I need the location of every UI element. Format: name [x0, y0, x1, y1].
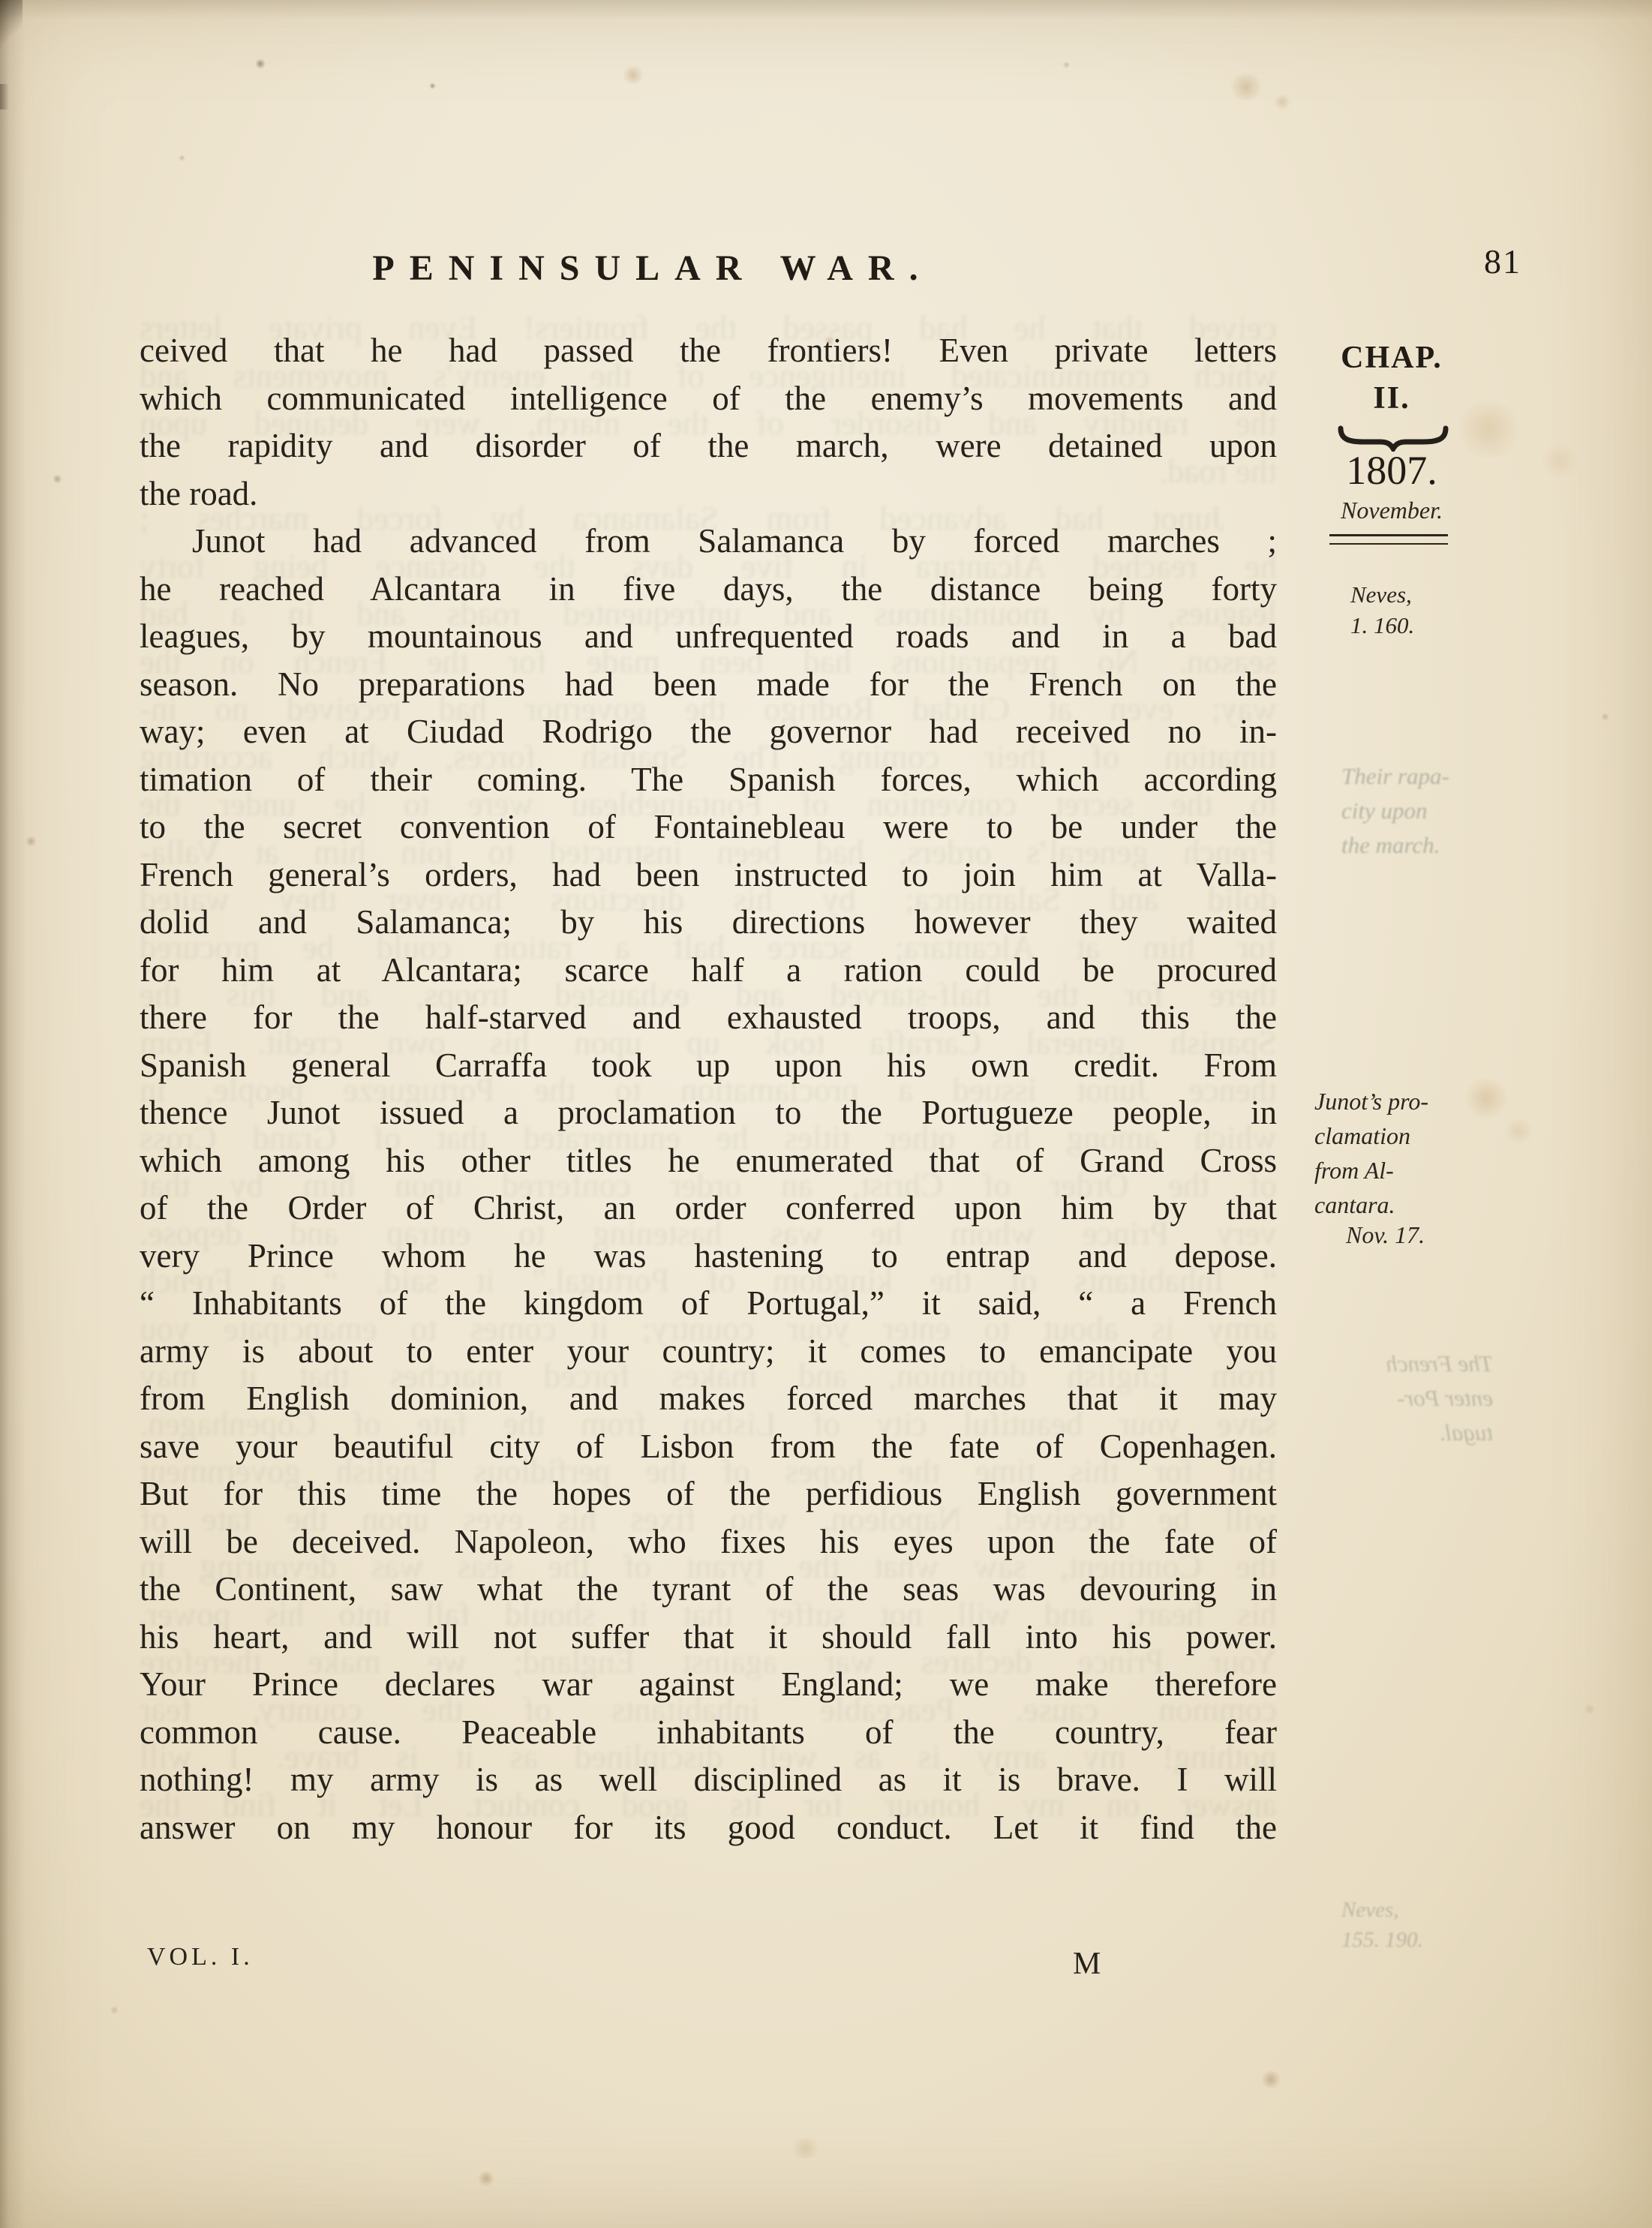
text-line: which among his other titles he enumerat…	[140, 1137, 1277, 1185]
fox-stain	[26, 836, 37, 847]
margin-citation-neves: Neves, 1. 160.	[1350, 579, 1478, 641]
volume-label: VOL. I.	[147, 1943, 254, 1971]
page-number: 81	[1484, 242, 1521, 281]
text-line: which communicated intelligence of the e…	[140, 375, 1277, 423]
sidenote-line: Junot’s pro-	[1314, 1084, 1487, 1119]
text-line: season. No preparations had been made fo…	[140, 661, 1277, 709]
chapter-heading: CHAP. II.	[1317, 338, 1467, 419]
text-line: the road.	[140, 470, 1277, 518]
scan-corner-mark	[0, 0, 23, 48]
chapter-numeral: II.	[1317, 378, 1467, 419]
text-line: Spanish general Carraffa took up upon hi…	[140, 1042, 1277, 1090]
fox-stain	[255, 59, 266, 69]
text-line: way; even at Ciudad Rodrigo the governor…	[140, 708, 1277, 756]
fox-stain	[1539, 444, 1581, 477]
text-block: ceived that he had passed the frontiers!…	[140, 327, 1277, 1851]
fox-stain	[110, 2006, 119, 2014]
text-line: leagues, by mountainous and unfrequented…	[140, 613, 1277, 661]
fox-stain	[1502, 1119, 1535, 1143]
sidenote-line: cantara.	[1314, 1188, 1487, 1222]
sidenote-line: from Al-	[1314, 1153, 1487, 1188]
scan-edge-mark	[0, 84, 9, 110]
text-line: the Continent, saw what the tyrant of th…	[140, 1566, 1277, 1614]
fox-stain	[1583, 1704, 1596, 1714]
text-line: to the secret convention of Fontaineblea…	[140, 803, 1277, 851]
text-line: French general’s orders, had been instru…	[140, 851, 1277, 899]
fox-stain	[1272, 95, 1292, 110]
text-line: of the Order of Christ, an order conferr…	[140, 1185, 1277, 1233]
fox-stain	[53, 474, 62, 484]
text-line: will be deceived. Napoleon, who fixes hi…	[140, 1518, 1277, 1566]
text-line: “ Inhabitants of the kingdom of Portugal…	[140, 1280, 1277, 1328]
margin-sidenote-proclamation: Junot’s pro- clamation from Al- cantara.	[1314, 1084, 1487, 1222]
text-line: Junot had advanced from Salamanca by for…	[140, 518, 1277, 566]
fox-stain	[1601, 713, 1609, 721]
fox-stain	[477, 2171, 495, 2186]
book-page-scan: PENINSULAR WAR. 81 ceived that he had pa…	[0, 0, 1652, 2228]
fox-stain	[621, 66, 645, 84]
text-line: common cause. Peaceable inhabitants of t…	[140, 1709, 1277, 1757]
fox-stain	[789, 2138, 822, 2159]
citation-line: Neves,	[1350, 579, 1478, 610]
printer-signature-mark: M	[1073, 1946, 1101, 1982]
chapter-label: CHAP.	[1317, 338, 1467, 378]
margin-double-rule	[1329, 534, 1448, 545]
fox-stain	[1227, 74, 1265, 101]
page-top-edge-shadow	[0, 0, 1652, 20]
text-line: answer on my honour for its good conduct…	[140, 1804, 1277, 1852]
text-line: he reached Alcantara in five days, the d…	[140, 566, 1277, 614]
showthrough-sidenote-enter-portugal: The French enter Por- tugal.	[1328, 1347, 1493, 1450]
text-line: timation of their coming. The Spanish fo…	[140, 756, 1277, 804]
showthrough-citation-neves: Neves, 155. 190.	[1341, 1895, 1491, 1955]
page-left-edge-shadow	[0, 0, 26, 2228]
text-line: But for this time the hopes of the perfi…	[140, 1470, 1277, 1518]
text-line: the rapidity and disorder of the march, …	[140, 422, 1277, 470]
text-line: army is about to enter your country; it …	[140, 1328, 1277, 1376]
fox-stain	[179, 155, 185, 161]
showthrough-sidenote-rapacity: Their rapa- city upon the march.	[1341, 759, 1506, 863]
text-line: ceived that he had passed the frontiers!…	[140, 327, 1277, 375]
text-line: dolid and Salamanca; by his directions h…	[140, 899, 1277, 947]
text-line: his heart, and will not suffer that it s…	[140, 1614, 1277, 1662]
text-line: for him at Alcantara; scarce half a rati…	[140, 947, 1277, 995]
text-line: from English dominion, and makes forced …	[140, 1375, 1277, 1423]
margin-month: November.	[1317, 497, 1467, 524]
citation-line: 1. 160.	[1350, 610, 1478, 641]
text-line: Your Prince declares war against England…	[140, 1661, 1277, 1709]
fox-stain	[1260, 2070, 1281, 2088]
text-line: thence Junot issued a proclamation to th…	[140, 1089, 1277, 1137]
text-line: very Prince whom he was hastening to ent…	[140, 1233, 1277, 1281]
sidenote-line: clamation	[1314, 1119, 1487, 1153]
fox-stain	[429, 83, 436, 89]
text-line: nothing! my army is as well disciplined …	[140, 1756, 1277, 1804]
text-line: there for the half-starved and exhausted…	[140, 994, 1277, 1042]
margin-sidenote-date: Nov. 17.	[1346, 1221, 1496, 1249]
margin-year: 1807.	[1317, 447, 1467, 494]
fox-stain	[1062, 62, 1071, 68]
running-title: PENINSULAR WAR.	[338, 248, 968, 289]
text-line: save your beautiful city of Lisbon from …	[140, 1423, 1277, 1471]
